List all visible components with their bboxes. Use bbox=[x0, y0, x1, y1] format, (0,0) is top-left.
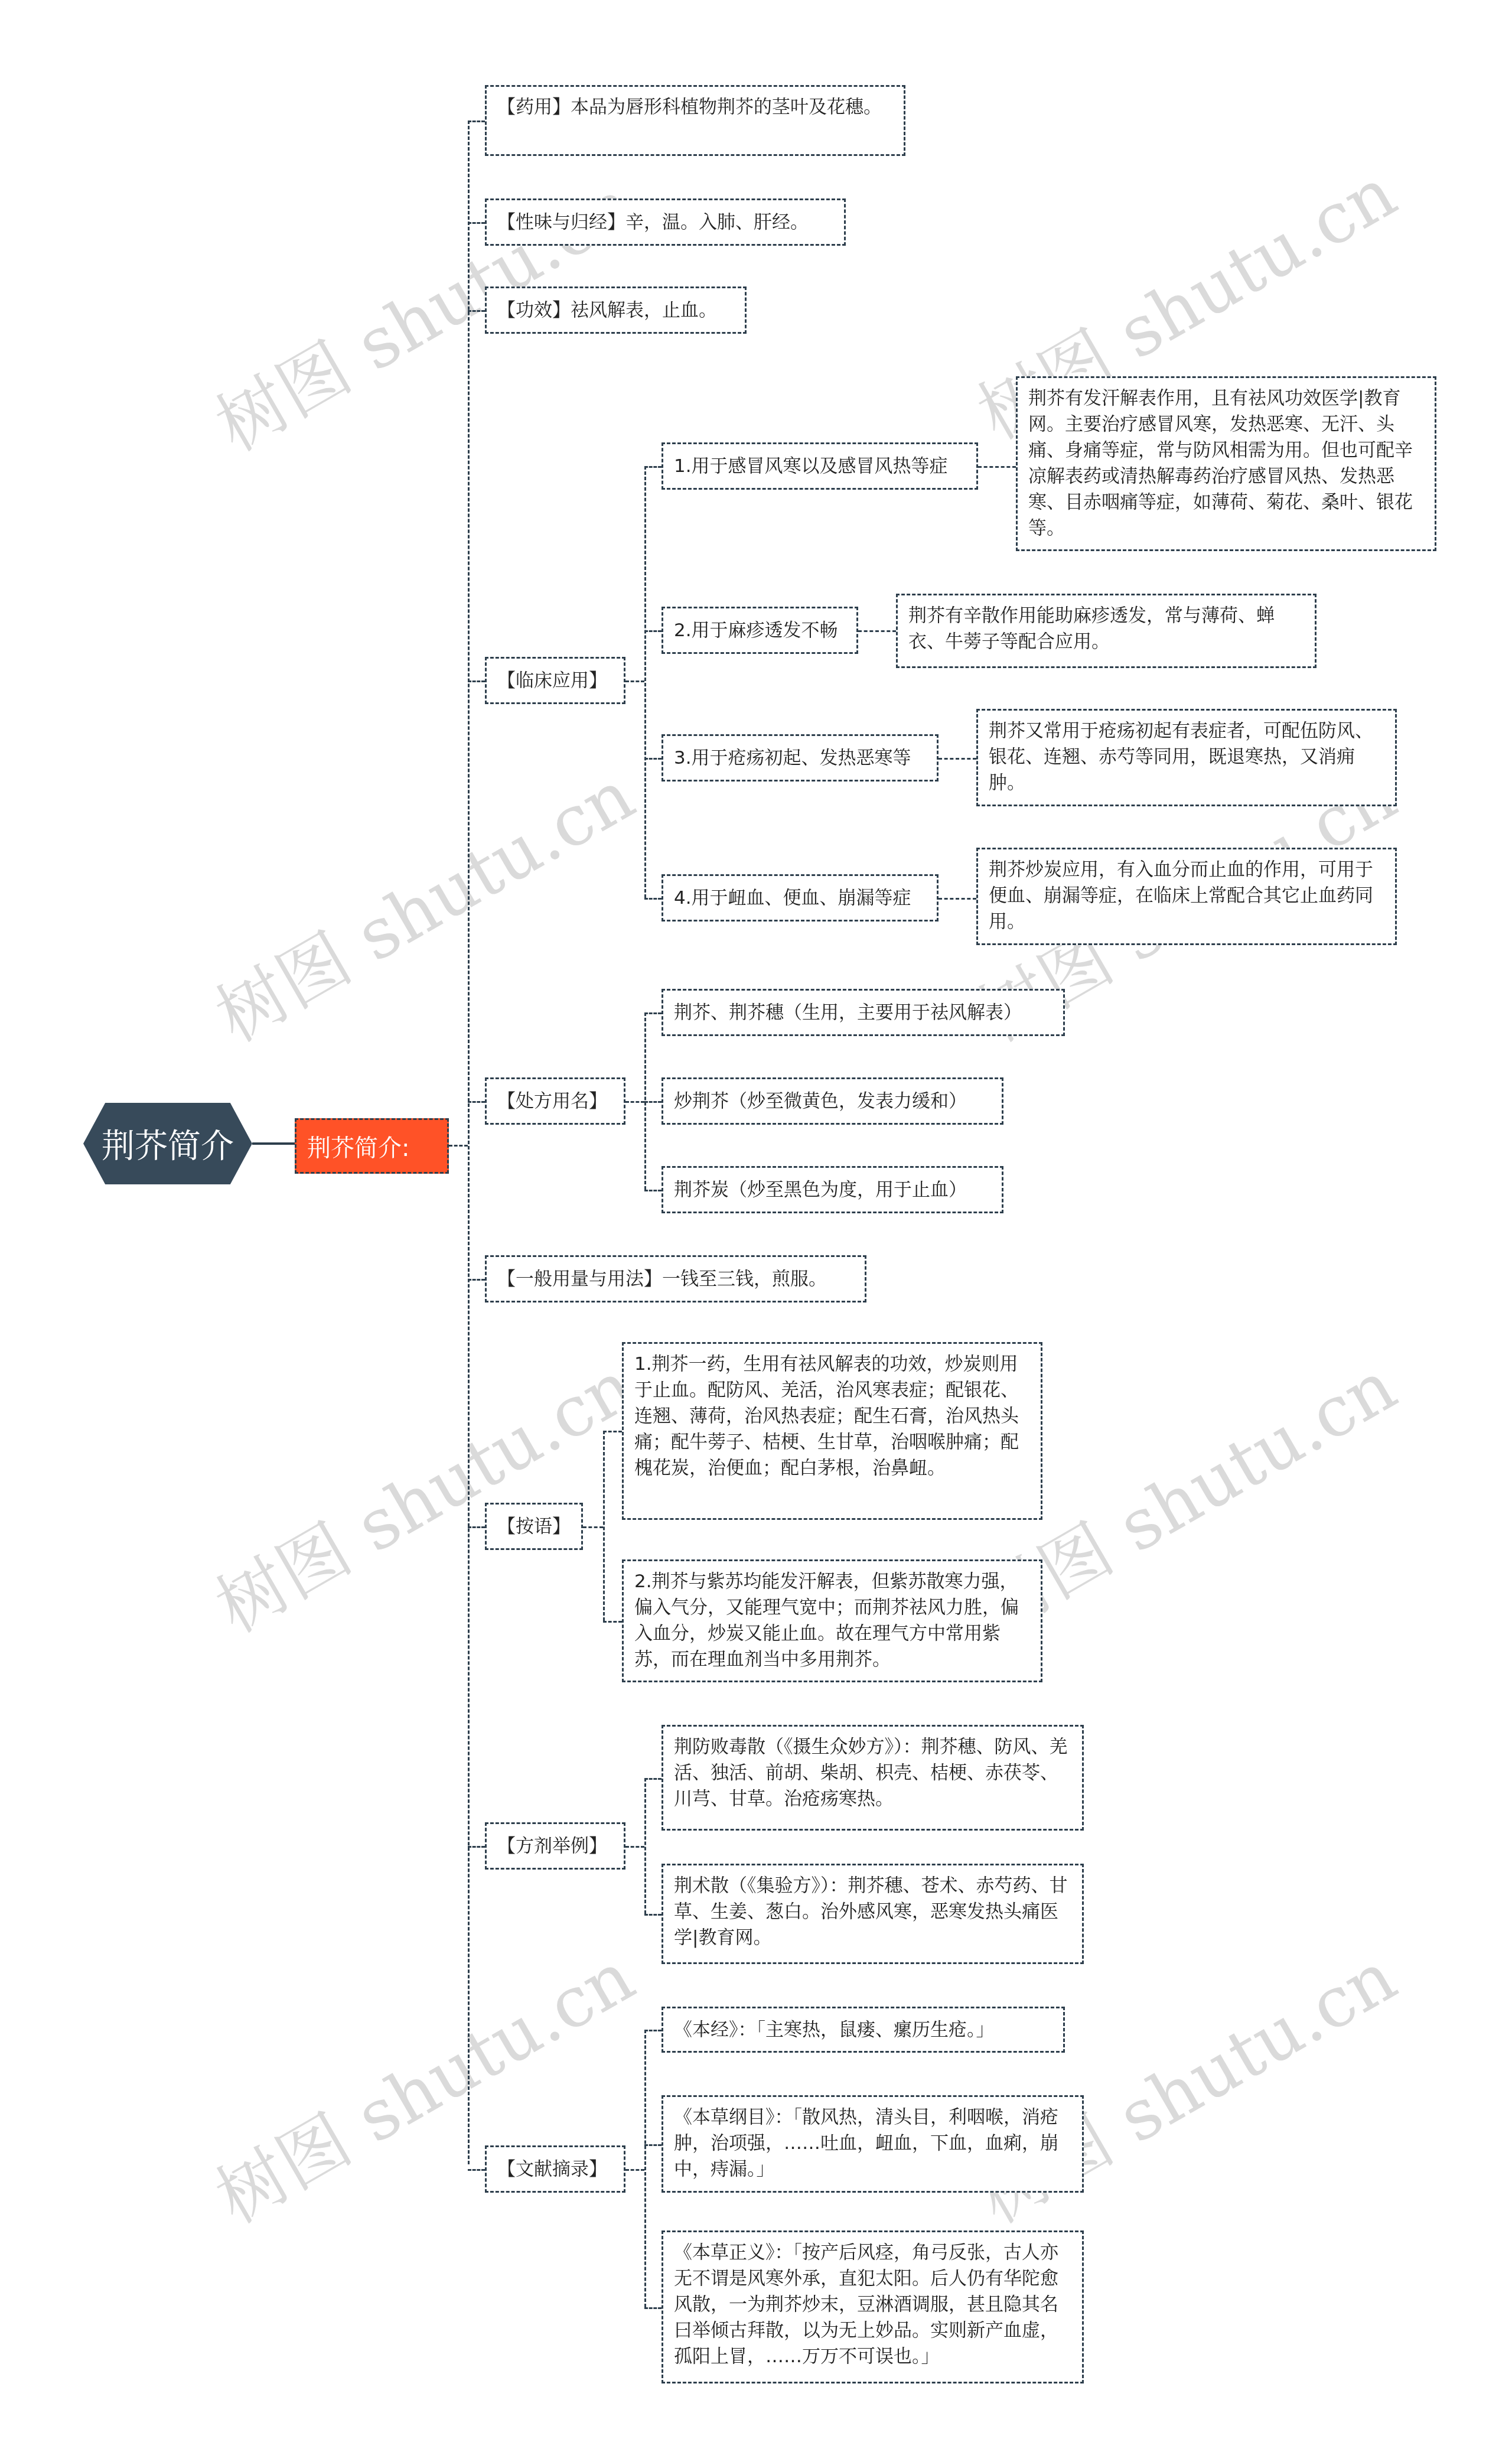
watermark: 树图 shutu.cn bbox=[195, 741, 649, 1061]
connector bbox=[978, 466, 1016, 468]
trunk-line bbox=[468, 121, 470, 2164]
branch-line bbox=[644, 2030, 646, 2307]
connector bbox=[468, 310, 485, 312]
connector bbox=[644, 2144, 661, 2146]
connector bbox=[644, 1778, 661, 1780]
formula-example-2[interactable]: 荆术散（《集验方》）：荆芥穗、苍术、赤芍药、甘草、生姜、葱白。治外感风寒，恶寒发… bbox=[661, 1864, 1084, 1964]
root-topic[interactable]: 荆芥简介 bbox=[83, 1103, 252, 1184]
clinical-detail-1[interactable]: 荆芥有发汗解表作用，且有祛风功效医学|教育网。主要治疗感冒风寒，发热恶寒、无汗、… bbox=[1016, 376, 1436, 551]
node-yongliang[interactable]: 【一般用量与用法】一钱至三钱，煎服。 bbox=[485, 1255, 866, 1302]
watermark: 树图 shutu.cn bbox=[195, 1922, 649, 2242]
note-2[interactable]: 2.荆芥与紫苏均能发汗解表，但紫苏散寒力强，偏入气分，又能理气宽中；而荆芥祛风力… bbox=[622, 1559, 1042, 1682]
mindmap-canvas: 树图 shutu.cn 树图 shutu.cn 树图 shutu.cn 树图 s… bbox=[0, 0, 1512, 2452]
literature-2[interactable]: 《本草纲目》：「散风热，清头目，利咽喉，消疮肿，治项强，……吐血，衄血，下血，血… bbox=[661, 2095, 1084, 2193]
connector bbox=[644, 1190, 661, 1191]
clinical-item-3[interactable]: 3.用于疮疡初起、发热恶寒等 bbox=[661, 734, 939, 781]
connector bbox=[939, 898, 976, 900]
branch-line bbox=[644, 1778, 646, 1914]
connector bbox=[644, 2030, 661, 2031]
connector bbox=[644, 898, 661, 900]
connector bbox=[468, 1846, 485, 1848]
connector bbox=[625, 680, 644, 682]
connector bbox=[625, 1846, 644, 1848]
node-wenxian[interactable]: 【文献摘录】 bbox=[485, 2145, 625, 2193]
node-chufang[interactable]: 【处方用名】 bbox=[485, 1077, 625, 1125]
connector bbox=[603, 1621, 622, 1623]
connector bbox=[468, 1101, 485, 1103]
node-yaoyong[interactable]: 【药用】本品为唇形科植物荆芥的茎叶及花穗。 bbox=[485, 85, 905, 156]
branch-line bbox=[603, 1431, 605, 1621]
clinical-detail-3[interactable]: 荆芥又常用于疮疡初起有表症者，可配伍防风、银花、连翘、赤芍等同用，既退寒热，又消… bbox=[976, 709, 1397, 806]
node-fangji[interactable]: 【方剂举例】 bbox=[485, 1822, 625, 1870]
node-gongxiao[interactable]: 【功效】祛风解表，止血。 bbox=[485, 286, 747, 334]
literature-3[interactable]: 《本草正义》：「按产后风痉，角弓反张，古人亦无不谓是风寒外承，直犯太阳。后人仍有… bbox=[661, 2230, 1084, 2383]
connector bbox=[468, 2169, 485, 2171]
connector bbox=[468, 680, 485, 682]
literature-1[interactable]: 《本经》：「主寒热，鼠瘘、瘰历生疮。」 bbox=[661, 2007, 1065, 2053]
prescription-name-1[interactable]: 荆芥、荆芥穗（生用，主要用于祛风解表） bbox=[661, 989, 1065, 1036]
watermark: 树图 shutu.cn bbox=[957, 1922, 1410, 2242]
connector bbox=[583, 1526, 603, 1528]
branch-line bbox=[644, 466, 646, 898]
watermark: 树图 shutu.cn bbox=[195, 1331, 649, 1652]
connector bbox=[644, 1012, 661, 1014]
clinical-item-1[interactable]: 1.用于感冒风寒以及感冒风热等症 bbox=[661, 442, 978, 490]
hub-label: 荆芥简介: bbox=[307, 1129, 409, 1163]
connector bbox=[625, 2169, 644, 2171]
clinical-item-2[interactable]: 2.用于麻疹透发不畅 bbox=[661, 607, 858, 654]
connector bbox=[468, 1526, 485, 1528]
connector bbox=[449, 1145, 468, 1147]
connector bbox=[644, 1101, 661, 1103]
connector bbox=[644, 1914, 661, 1916]
connector bbox=[858, 630, 896, 632]
connector bbox=[468, 1279, 485, 1281]
connector bbox=[625, 1101, 644, 1103]
hub-topic[interactable]: 荆芥简介: bbox=[295, 1118, 449, 1174]
node-xingwei[interactable]: 【性味与归经】辛，温。入肺、肝经。 bbox=[485, 198, 846, 246]
connector bbox=[468, 121, 485, 122]
clinical-detail-2[interactable]: 荆芥有辛散作用能助麻疹透发，常与薄荷、蝉衣、牛蒡子等配合应用。 bbox=[896, 594, 1317, 668]
node-anyu[interactable]: 【按语】 bbox=[485, 1503, 583, 1550]
connector bbox=[939, 758, 976, 760]
connector bbox=[644, 630, 661, 632]
connector bbox=[644, 2307, 661, 2309]
root-title: 荆芥简介 bbox=[102, 1120, 234, 1167]
connector bbox=[252, 1142, 295, 1145]
note-1[interactable]: 1.荆芥一药，生用有祛风解表的功效，炒炭则用于止血。配防风、羌活，治风寒表症；配… bbox=[622, 1342, 1042, 1520]
formula-example-1[interactable]: 荆防败毒散（《摄生众妙方》）：荆芥穗、防风、羌活、独活、前胡、柴胡、枳壳、桔梗、… bbox=[661, 1725, 1084, 1831]
connector bbox=[468, 222, 485, 224]
prescription-name-2[interactable]: 炒荆芥（炒至微黄色，发表力缓和） bbox=[661, 1077, 1003, 1125]
clinical-detail-4[interactable]: 荆芥炒炭应用，有入血分而止血的作用，可用于便血、崩漏等症，在临床上常配合其它止血… bbox=[976, 848, 1397, 945]
connector bbox=[644, 466, 661, 468]
connector bbox=[644, 758, 661, 760]
clinical-item-4[interactable]: 4.用于衄血、便血、崩漏等症 bbox=[661, 874, 939, 921]
node-linchuang[interactable]: 【临床应用】 bbox=[485, 657, 625, 704]
connector bbox=[603, 1431, 622, 1432]
prescription-name-3[interactable]: 荆芥炭（炒至黑色为度，用于止血） bbox=[661, 1166, 1003, 1213]
